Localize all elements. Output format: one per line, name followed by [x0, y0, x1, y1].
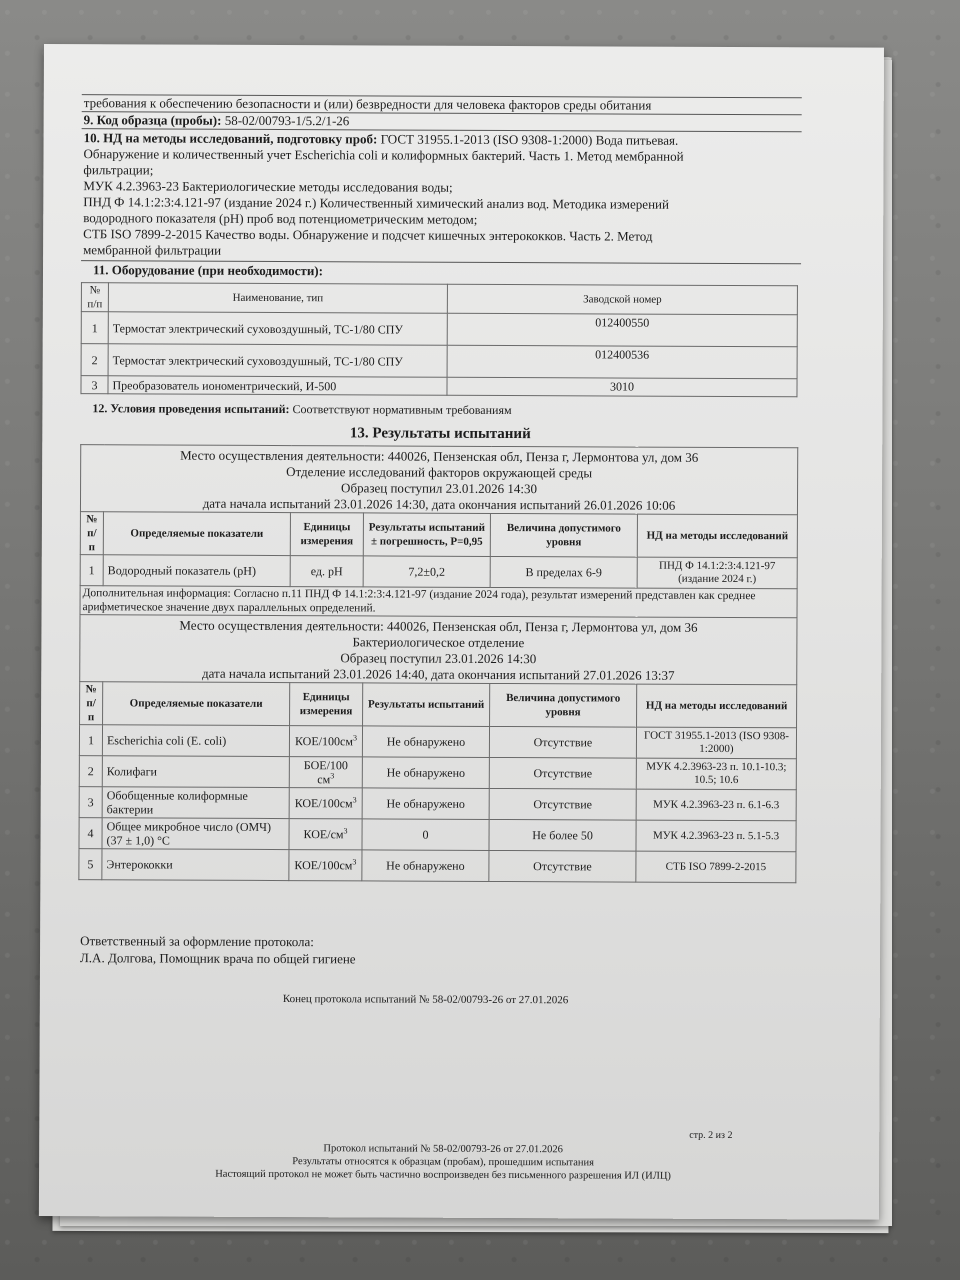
requirements-line: требования к обеспечению безопасности и … [82, 95, 802, 114]
result-nd: ГОСТ 31955.1-2013 (ISO 9308-1:2000) [636, 727, 796, 759]
test-conditions: 12. Условия проведения испытаний: Соотве… [80, 400, 800, 419]
result-indicator: Обобщенные колиформные бактерии [102, 787, 289, 819]
block-info: Место осуществления деятельности: 440026… [80, 615, 797, 685]
result-indicator: Колифаги [102, 756, 289, 788]
protocol-content: требования к обеспечению безопасности и … [78, 94, 801, 883]
sample-code: 9. Код образца (пробы): 58-02/00793-1/5.… [82, 112, 802, 131]
methods-line: мембранной фильтрации [83, 242, 799, 261]
end-of-protocol: Конец протокола испытаний № 58-02/00793-… [283, 993, 568, 1006]
page-number: стр. 2 из 2 [689, 1130, 732, 1141]
col-limit-header: Величина допустимого уровня [490, 513, 637, 557]
col-name-header: Наименование, тип [108, 283, 447, 313]
result-row: 1 Водородный показатель (pH) ед. pH 7,2±… [80, 555, 797, 589]
result-limit: Отсутствие [489, 757, 636, 789]
result-units: КОЕ/100см3 [289, 850, 362, 881]
col-limit-header: Величина допустимого уровня [490, 683, 637, 727]
result-num: 4 [79, 818, 102, 849]
col-num-header: № п/п [81, 283, 108, 312]
sample-code-label: 9. Код образца (пробы): [84, 112, 222, 128]
result-num: 1 [79, 725, 102, 756]
unit-text: КОЕ/100см [295, 734, 353, 748]
col-units-header: Единицы измерения [290, 513, 363, 556]
results-header-row: № п/п Определяемые показатели Единицы из… [80, 682, 797, 728]
responsible-section: Ответственный за оформление протокола: Л… [80, 932, 356, 967]
page-footer: Протокол испытаний № 58-02/00793-26 от 2… [39, 1141, 847, 1184]
result-nd: МУК 4.2.3963-23 п. 10.1-10.3; 10.5; 10.6 [636, 758, 796, 790]
result-limit: Не более 50 [489, 819, 636, 851]
equipment-label: 11. Оборудование (при необходимости): [81, 262, 801, 281]
result-units: КОЕ/100см3 [289, 788, 362, 819]
col-nd-header: НД на методы исследований [637, 684, 797, 728]
result-value: Не обнаружено [362, 788, 489, 820]
methods-first: ГОСТ 31955.1-2013 (ISO 9308-1:2000) Вода… [381, 131, 679, 147]
methods-line: Обнаружение и количественный учет Escher… [83, 146, 799, 165]
block-header: Место осуществления деятельности: 440026… [80, 615, 797, 685]
result-nd: МУК 4.2.3963-23 п. 6.1-6.3 [636, 789, 796, 821]
responsible-label: Ответственный за оформление протокола: [80, 932, 356, 950]
col-nd-header: НД на методы исследований [637, 514, 797, 558]
col-serial-header: Заводской номер [447, 284, 797, 315]
equipment-row: 1 Термостат электрический суховоздушный,… [81, 312, 797, 347]
col-num-header: № п/п [80, 512, 103, 555]
unit-exponent: 3 [330, 771, 334, 780]
result-nd: МУК 4.2.3963-23 п. 5.1-5.3 [636, 820, 796, 852]
result-units: КОЕ/100см3 [289, 726, 362, 757]
unit-exponent: 3 [352, 857, 356, 866]
equipment-name: Термостат электрический суховоздушный, Т… [108, 312, 447, 345]
unit-text: КОЕ/100см [295, 796, 353, 810]
result-limit: Отсутствие [489, 726, 636, 758]
result-units: ед. pH [290, 556, 363, 587]
block-info: Место осуществления деятельности: 440026… [80, 445, 797, 515]
col-units-header: Единицы измерения [290, 683, 363, 726]
equipment-table: № п/п Наименование, тип Заводской номер … [80, 282, 797, 397]
result-row: 5ЭнтерококкиКОЕ/100см3Не обнаруженоОтсут… [79, 849, 796, 883]
equipment-serial: 3010 [447, 377, 797, 397]
col-indicator-header: Определяемые показатели [103, 682, 290, 726]
result-nd: СТБ ISO 7899-2-2015 [636, 851, 796, 883]
col-indicator-header: Определяемые показатели [103, 512, 290, 556]
footer-line: Настоящий протокол не может быть частичн… [39, 1167, 847, 1184]
equipment-num: 3 [81, 376, 108, 394]
result-units: БОЕ/100 см3 [289, 757, 362, 788]
col-result-header: Результаты испытаний ± погрешность, P=0,… [363, 513, 490, 557]
result-limit: Отсутствие [489, 788, 636, 820]
conditions-value: Соответствуют нормативным требованиям [293, 402, 512, 417]
result-limit: В пределах 6-9 [490, 556, 637, 588]
col-result-header: Результаты испытаний [363, 683, 490, 727]
equipment-serial: 012400550 [447, 313, 797, 347]
result-value: Не обнаружено [362, 850, 489, 882]
result-value: Не обнаружено [362, 757, 489, 789]
unit-text: КОЕ/см [304, 827, 344, 841]
result-value: Не обнаружено [362, 726, 489, 758]
equipment-num: 1 [81, 312, 108, 344]
place-of-activity: Место осуществления деятельности: 440026… [84, 617, 792, 636]
unit-exponent: 3 [344, 826, 348, 835]
unit-text: БОЕ/100 см [304, 758, 348, 786]
result-limit: Отсутствие [489, 850, 636, 882]
result-num: 1 [80, 555, 103, 586]
equipment-header-row: № п/п Наименование, тип Заводской номер [81, 283, 797, 315]
equipment-serial: 012400536 [447, 345, 797, 379]
result-num: 3 [79, 787, 102, 818]
result-row: 2КолифагиБОЕ/100 см3Не обнаруженоОтсутст… [79, 756, 796, 790]
result-row: 1Escherichia coli (E. coli)КОЕ/100см3Не … [79, 725, 796, 759]
result-num: 2 [79, 756, 102, 787]
result-value: 7,2±0,2 [363, 556, 490, 588]
protocol-page: требования к обеспечению безопасности и … [39, 44, 884, 1220]
result-indicator: Общее микробное число (ОМЧ) (37 ± 1,0) °… [102, 818, 289, 850]
equipment-row: 2 Термостат электрический суховоздушный,… [81, 344, 797, 379]
equipment-num: 2 [81, 344, 108, 376]
methods-label: 10. НД на методы исследований, подготовк… [84, 130, 378, 146]
equipment-name: Преобразователь иономентрический, И-500 [108, 376, 447, 395]
unit-exponent: 3 [353, 795, 357, 804]
result-row: 4Общее микробное число (ОМЧ) (37 ± 1,0) … [79, 818, 796, 852]
unit-text: КОЕ/100см [294, 858, 352, 872]
result-indicator: Энтерококки [102, 849, 289, 881]
unit-exponent: 3 [353, 733, 357, 742]
block-header: Место осуществления деятельности: 440026… [80, 445, 797, 515]
result-indicator: Escherichia coli (E. coli) [102, 725, 289, 757]
methods-section: 10. НД на методы исследований, подготовк… [81, 129, 802, 263]
responsible-person: Л.А. Долгова, Помощник врача по общей ги… [80, 949, 356, 967]
result-indicator: Водородный показатель (pH) [103, 555, 290, 587]
additional-info: Дополнительная информация: Согласно п.11… [80, 586, 797, 618]
conditions-label: 12. Условия проведения испытаний: [92, 401, 289, 416]
results-table: Место осуществления деятельности: 440026… [78, 444, 798, 883]
equipment-label-text: 11. Оборудование (при необходимости): [93, 262, 323, 278]
place-of-activity: Место осуществления деятельности: 440026… [85, 447, 793, 466]
results-header-row: № п/п Определяемые показатели Единицы из… [80, 512, 797, 558]
result-units: КОЕ/см3 [289, 819, 362, 850]
results-title: 13. Результаты испытаний [80, 424, 800, 443]
sample-code-value: 58-02/00793-1/5.2/1-26 [225, 113, 350, 129]
result-value: 0 [362, 819, 489, 851]
col-num-header: № п/п [80, 682, 103, 725]
result-num: 5 [79, 849, 102, 880]
bacteriology-rows: 1Escherichia coli (E. coli)КОЕ/100см3Не … [79, 725, 797, 883]
note-row: Дополнительная информация: Согласно п.11… [80, 586, 797, 618]
equipment-name: Термостат электрический суховоздушный, Т… [108, 344, 447, 377]
result-nd: ПНД Ф 14.1:2:3:4.121-97 (издание 2024 г.… [637, 557, 797, 589]
result-row: 3Обобщенные колиформные бактерииКОЕ/100с… [79, 787, 796, 821]
equipment-row: 3 Преобразователь иономентрический, И-50… [81, 376, 797, 397]
